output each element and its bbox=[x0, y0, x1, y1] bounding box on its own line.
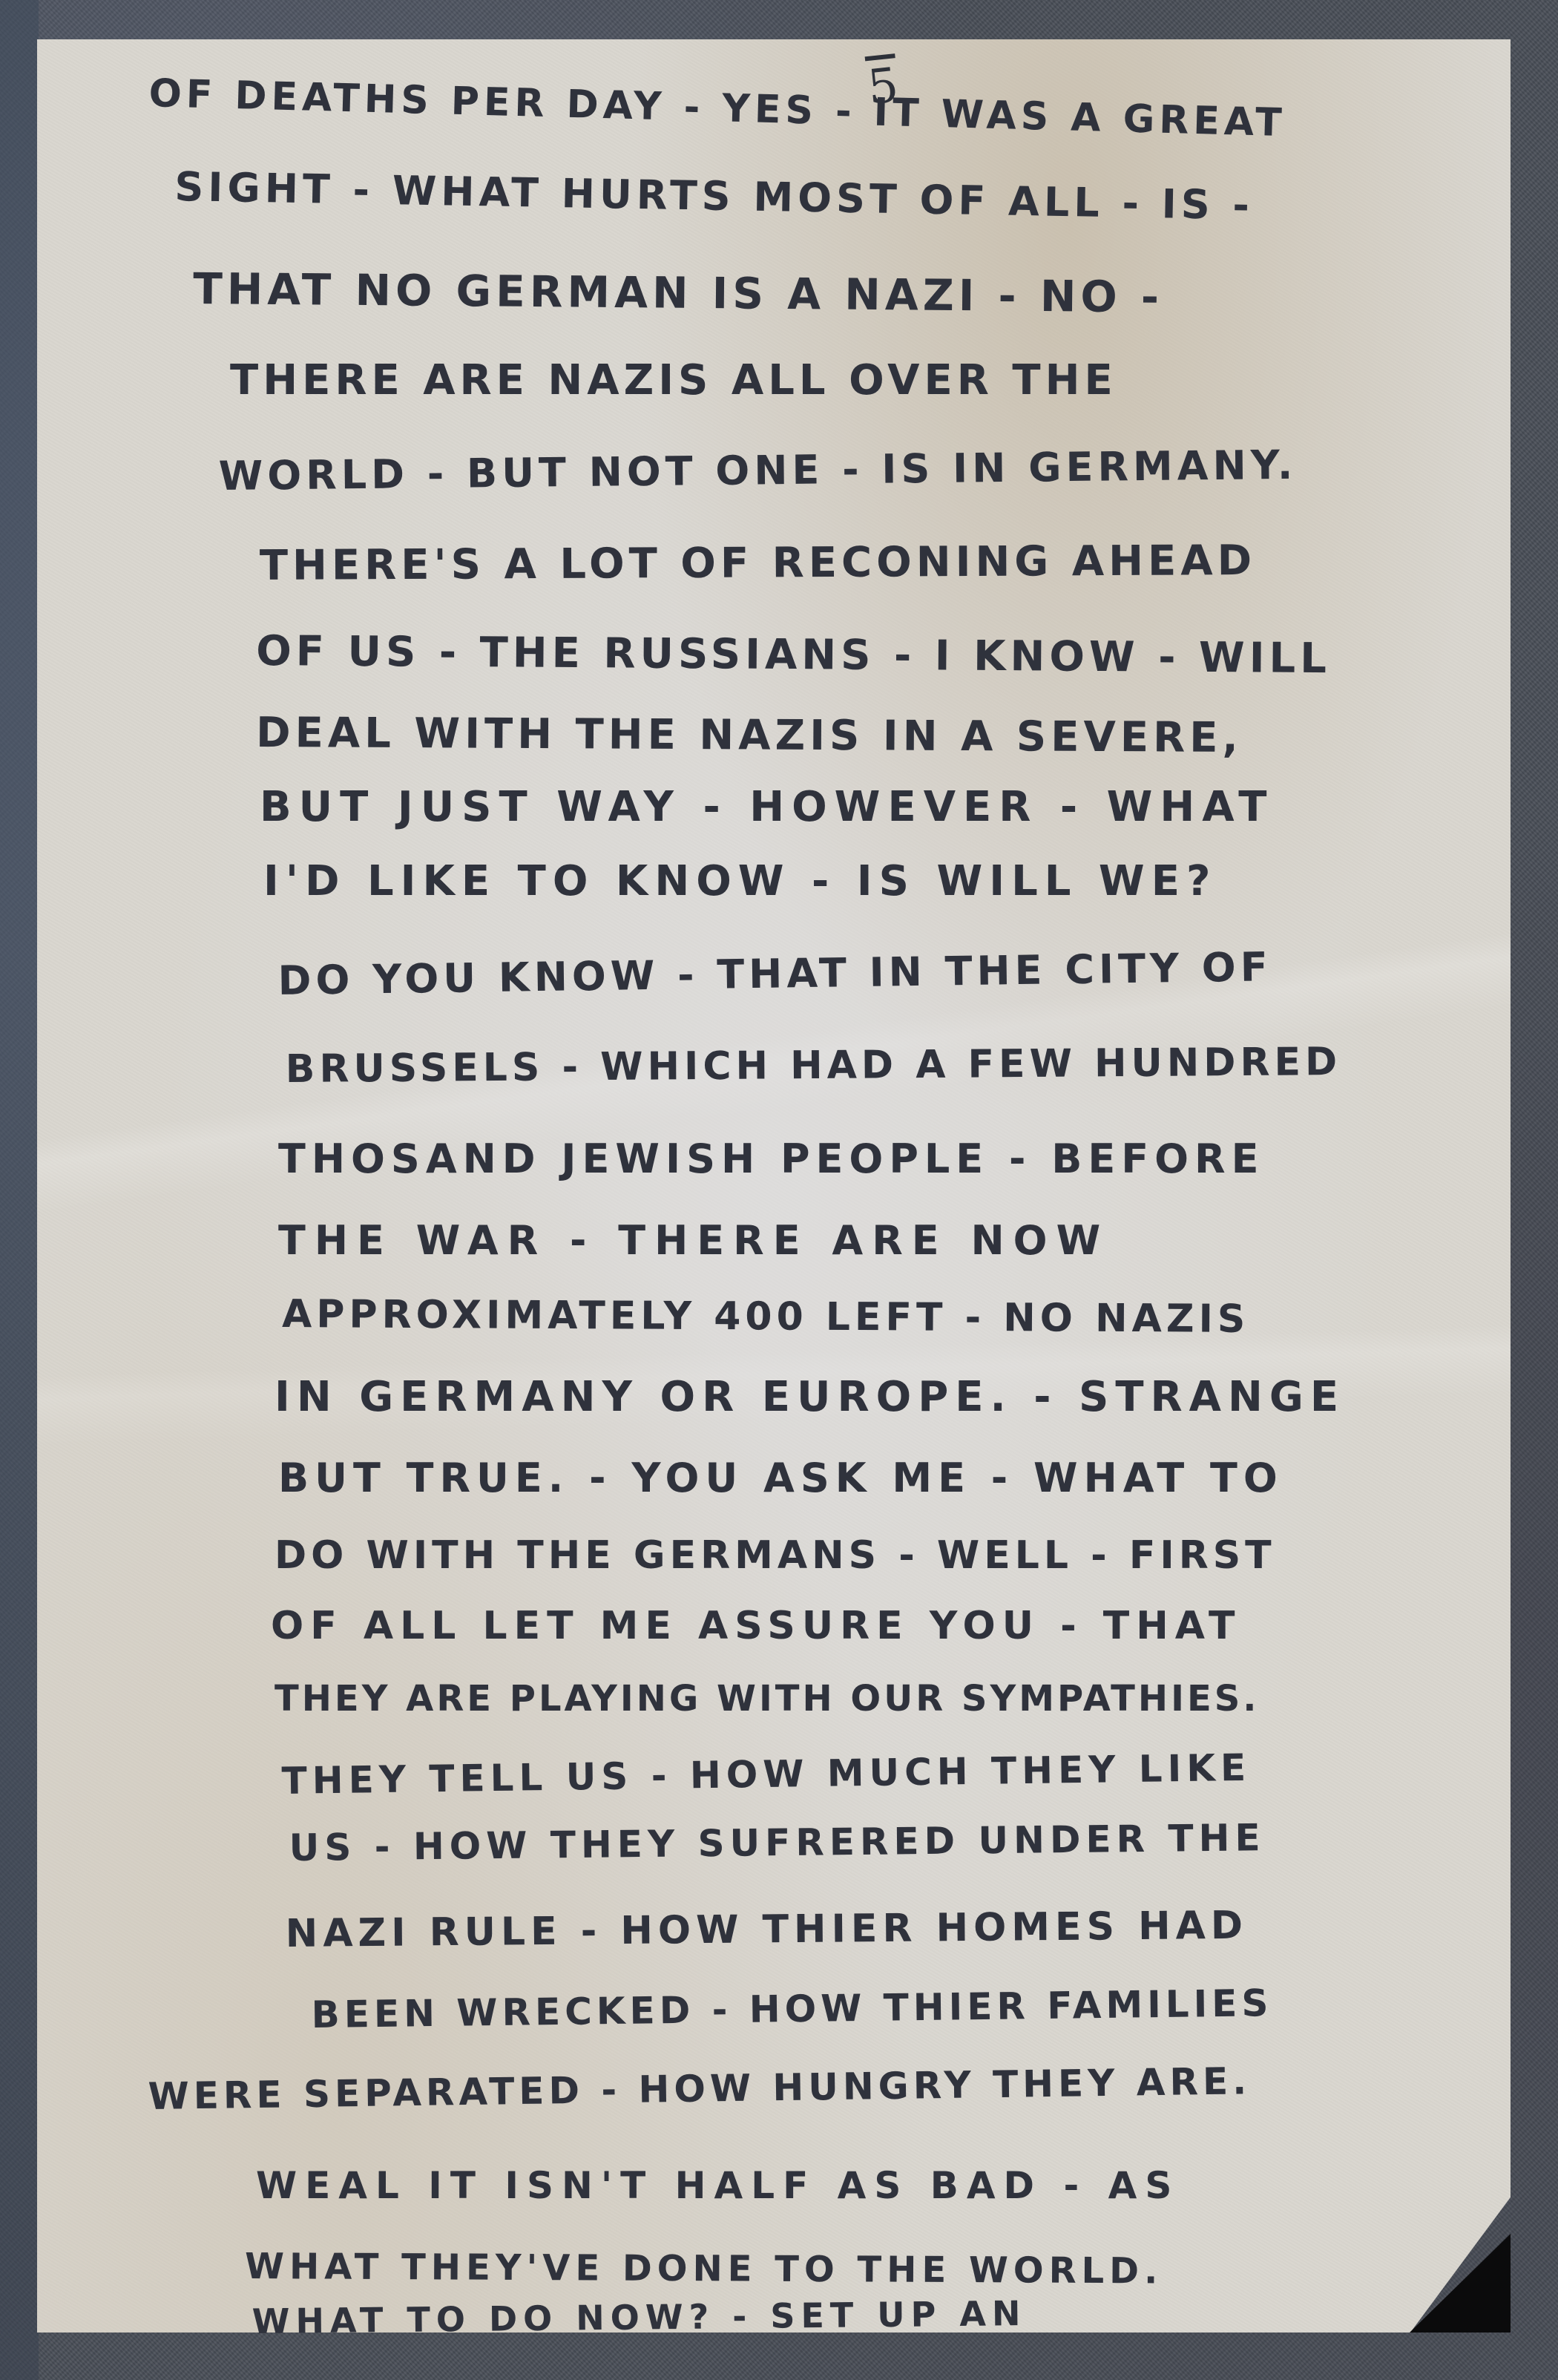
letter-line: I'd like to know - is will we? bbox=[263, 861, 1217, 902]
letter-line: thosand Jewish people - before bbox=[278, 1139, 1265, 1179]
backdrop-edge bbox=[0, 0, 39, 2380]
letter-line: there are Nazis all over the bbox=[230, 360, 1117, 401]
letter-line: Weal it isn't half as bad - as bbox=[256, 2167, 1180, 2204]
letter-line: what they've done to the world. bbox=[245, 2249, 1163, 2289]
letter-line: in Germany or Europe. - Strange bbox=[275, 1377, 1345, 1418]
letter-line: world - but not one - is in Germany. bbox=[218, 445, 1297, 496]
letter-line: but just way - However - what bbox=[260, 787, 1274, 828]
letter-line: approximately 400 left - No Nazis bbox=[282, 1295, 1249, 1339]
letter-line: There's a lot of reconing ahead bbox=[260, 540, 1257, 587]
letter-line: but true. - You ask me - what to bbox=[278, 1458, 1283, 1498]
letter-line: of all let me assure you - that bbox=[271, 1607, 1241, 1645]
letter-line: What to do now? - Set up an bbox=[252, 2296, 1027, 2338]
letter-line: deal with the Nazis in a severe, bbox=[256, 712, 1243, 759]
letter-line: of us - The Russians - I know - will bbox=[256, 631, 1331, 680]
letter-line: Brussels - which had a few hundred bbox=[286, 1043, 1342, 1089]
letter-line: they are playing with our sympathies. bbox=[275, 1681, 1260, 1717]
letter-line: Nazi rule - how thier homes had bbox=[286, 1907, 1249, 1953]
letter-line: that no German is a Nazi - No - bbox=[193, 267, 1163, 318]
letter-line: been wrecked - how thier families bbox=[311, 1984, 1272, 2033]
letter-line: the war - there are now bbox=[278, 1221, 1109, 1261]
letter-line: us - how they sufrered under the bbox=[289, 1819, 1265, 1866]
letter-line: do with the Germans - Well - first bbox=[275, 1536, 1276, 1575]
